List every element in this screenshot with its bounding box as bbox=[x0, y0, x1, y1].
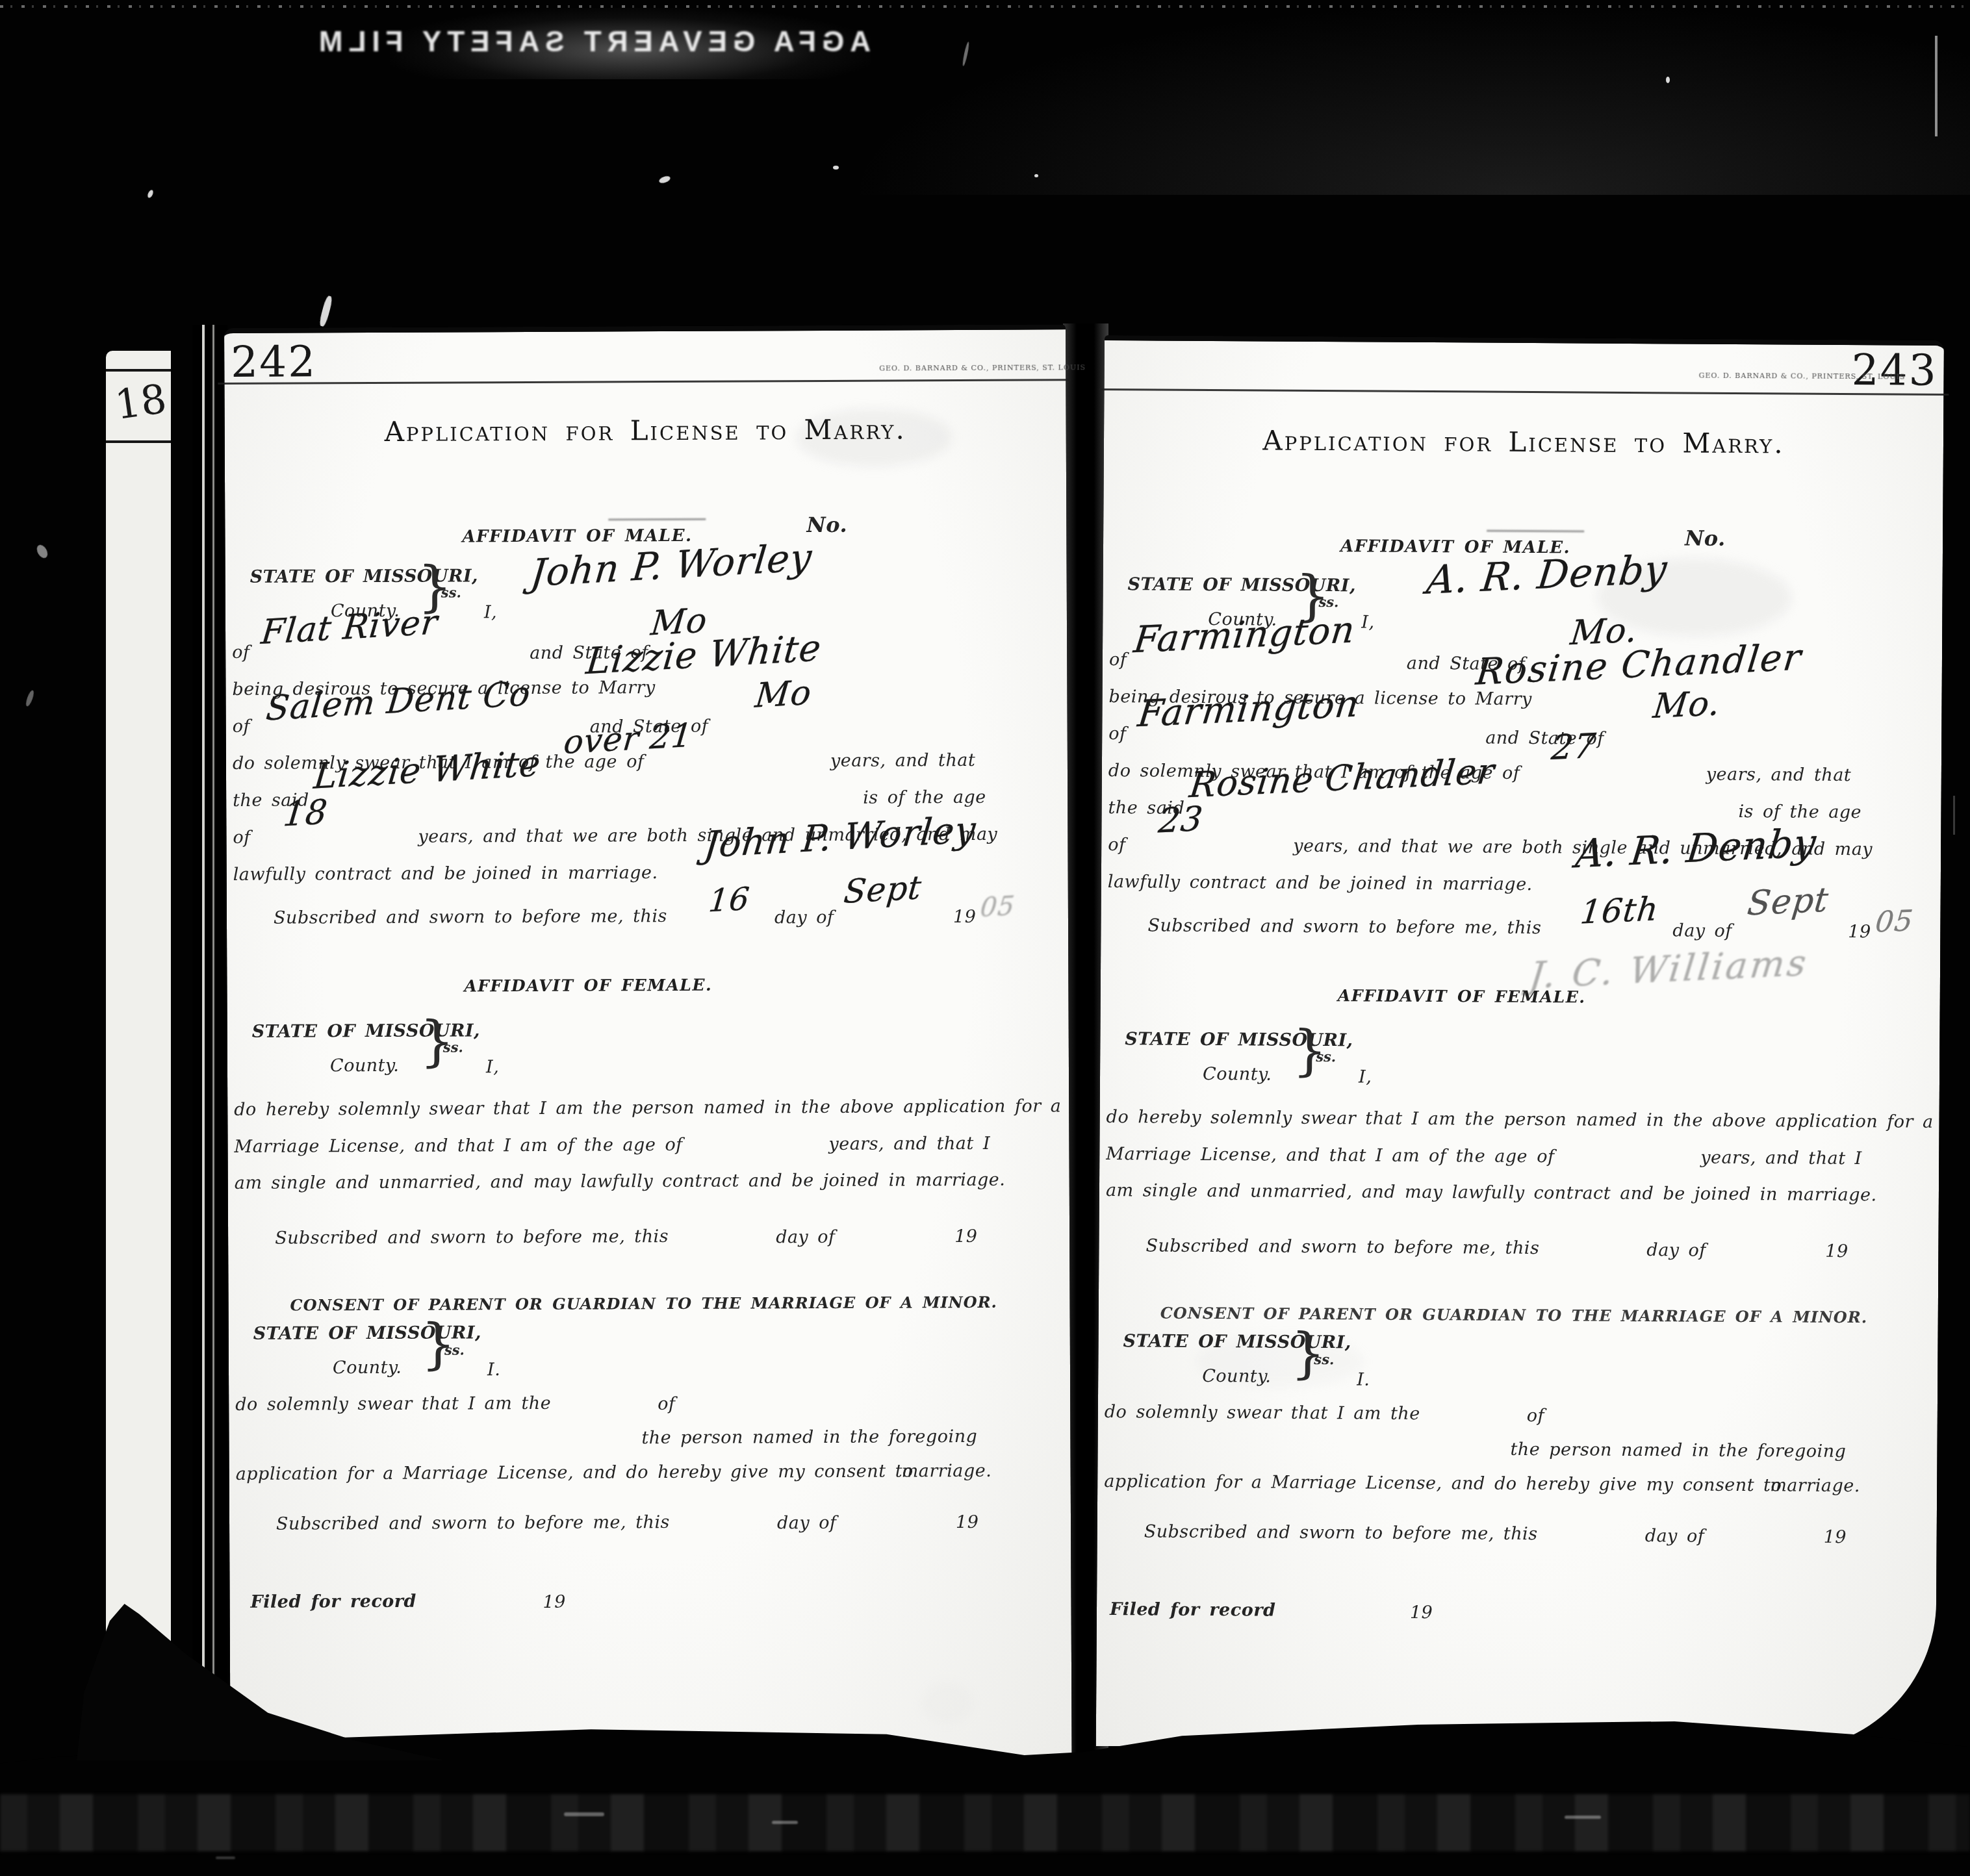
female-single-line: am single and unmarried, and may lawfull… bbox=[235, 1170, 1006, 1193]
ss-label: ss. bbox=[444, 1341, 465, 1358]
sworn-year-handwritten: 05 bbox=[1874, 904, 1915, 939]
number-label: No. bbox=[1685, 526, 1726, 550]
form-title: Application for License to Marry. bbox=[225, 412, 1066, 448]
ss-label: ss. bbox=[443, 1039, 463, 1055]
page-242: 242 GEO. D. BARNARD & CO., PRINTERS, ST.… bbox=[224, 324, 1072, 1759]
affidavit-of-female-heading: AFFIDAVIT OF FEMALE. bbox=[464, 976, 712, 996]
consent-swear-line: do solemnly swear that I am the bbox=[1105, 1402, 1420, 1424]
year-prefix-label: 19 bbox=[956, 1512, 979, 1532]
bride-name-repeat-handwritten: Rosine Chandler bbox=[1188, 750, 1497, 805]
lawfully-line: lawfully contract and be joined in marri… bbox=[233, 863, 658, 885]
i-label: I. bbox=[487, 1360, 500, 1380]
year-prefix-label: 19 bbox=[1410, 1603, 1433, 1623]
bride-state-handwritten: Mo bbox=[753, 674, 813, 716]
marriage-label: marriage. bbox=[902, 1461, 992, 1482]
title-divider bbox=[608, 518, 706, 521]
groom-signature-handwritten: John P. Worley bbox=[702, 809, 978, 867]
day-of-label: day of bbox=[777, 1513, 837, 1533]
sworn-month-handwritten: Sept bbox=[1745, 880, 1830, 923]
film-speck bbox=[1666, 77, 1670, 83]
header-rule bbox=[218, 379, 1070, 385]
film-edge-texture bbox=[0, 1794, 1970, 1851]
page-rule bbox=[106, 369, 171, 372]
sworn-year-handwritten: 05 bbox=[979, 891, 1016, 923]
printer-mark: GEO. D. BARNARD & CO., PRINTERS, ST. LOU… bbox=[879, 363, 1086, 372]
of-label: of bbox=[232, 642, 249, 663]
years-and-that-label: years, and that bbox=[1706, 765, 1851, 785]
female-swear-line: do hereby solemnly swear that I am the p… bbox=[1107, 1107, 1934, 1132]
consent-swear-line: do solemnly swear that I am the bbox=[235, 1393, 551, 1415]
film-speck bbox=[564, 1812, 604, 1816]
years-and-that-label: years, and that bbox=[830, 750, 975, 771]
page-number: 243 bbox=[1851, 345, 1937, 396]
of-label: of bbox=[658, 1394, 675, 1414]
consent-application-line: application for a Marriage License, and … bbox=[236, 1461, 914, 1484]
i-label: I, bbox=[484, 602, 497, 622]
i-label: I, bbox=[1361, 612, 1374, 632]
female-swear-line: do hereby solemnly swear that I am the p… bbox=[234, 1096, 1061, 1120]
film-speck bbox=[216, 1857, 235, 1859]
year-prefix-label: 19 bbox=[543, 1592, 565, 1612]
page-number: 242 bbox=[231, 336, 316, 387]
ss-label: ss. bbox=[1314, 1351, 1334, 1367]
film-speck bbox=[833, 166, 839, 170]
sworn-day-handwritten: 16th bbox=[1578, 890, 1660, 932]
year-prefix-label: 19 bbox=[1825, 1241, 1848, 1261]
day-of-label: day of bbox=[776, 1227, 836, 1247]
of-label: of bbox=[233, 716, 250, 737]
film-speck bbox=[1034, 174, 1038, 177]
i-label: I. bbox=[1357, 1369, 1370, 1389]
sworn-month-handwritten: Sept bbox=[842, 868, 924, 911]
bride-name-repeat-handwritten: Lizzie White bbox=[312, 742, 543, 796]
county-label: County. bbox=[333, 1358, 402, 1378]
day-of-label: day of bbox=[1646, 1240, 1706, 1261]
year-prefix-label: 19 bbox=[953, 907, 976, 927]
filed-for-record-label: Filed for record bbox=[250, 1591, 416, 1612]
ss-label: ss. bbox=[441, 584, 461, 600]
years-and-that-i-label: years, and that I bbox=[1700, 1148, 1862, 1169]
film-smudge bbox=[921, 1682, 973, 1724]
number-label: No. bbox=[806, 513, 847, 537]
sworn-day-handwritten: 16 bbox=[707, 881, 752, 920]
i-label: I, bbox=[1359, 1067, 1372, 1087]
groom-age-handwritten: 27 bbox=[1550, 727, 1598, 768]
of-label: of bbox=[1108, 835, 1125, 855]
day-of-label: day of bbox=[1645, 1526, 1705, 1547]
person-named-line: the person named in the foregoing bbox=[641, 1426, 977, 1448]
ss-label: ss. bbox=[1316, 1048, 1336, 1065]
female-age-line: Marriage License, and that I am of the a… bbox=[234, 1135, 682, 1157]
film-speck bbox=[34, 543, 49, 560]
year-prefix-label: 19 bbox=[1848, 922, 1871, 942]
header-rule bbox=[1099, 388, 1949, 396]
day-of-label: day of bbox=[774, 907, 834, 928]
page-243: 243 GEO. D. BARNARD & CO., PRINTERS, ST.… bbox=[1096, 335, 1944, 1751]
groom-age-handwritten: over 21 bbox=[562, 716, 695, 761]
lawfully-line: lawfully contract and be joined in marri… bbox=[1108, 872, 1533, 894]
film-speck bbox=[147, 189, 155, 199]
previous-page-number: 18 bbox=[112, 375, 169, 429]
binding-edge-left bbox=[192, 325, 227, 1757]
bride-state-handwritten: Mo. bbox=[1651, 684, 1722, 726]
subscribed-line: Subscribed and sworn to before me, this bbox=[276, 1512, 670, 1534]
county-label: County. bbox=[330, 1056, 399, 1076]
day-of-label: day of bbox=[1672, 920, 1732, 941]
bride-name-handwritten: Rosine Chandler bbox=[1474, 636, 1804, 694]
previous-page-edge: 18 bbox=[106, 351, 171, 1747]
groom-residence-handwritten: Flat River bbox=[259, 603, 440, 652]
subscribed-line: Subscribed and sworn to before me, this bbox=[1145, 1236, 1539, 1258]
filed-for-record-label: Filed for record bbox=[1110, 1599, 1276, 1621]
film-speck bbox=[318, 295, 333, 327]
county-label: County. bbox=[1202, 1366, 1271, 1387]
ss-label: ss. bbox=[1318, 594, 1338, 610]
groom-residence-handwritten: Farmington bbox=[1132, 609, 1357, 661]
years-and-that-i-label: years, and that I bbox=[828, 1134, 990, 1154]
affidavit-of-female-heading: AFFIDAVIT OF FEMALE. bbox=[1338, 986, 1586, 1006]
subscribed-line: Subscribed and sworn to before me, this bbox=[274, 906, 667, 928]
female-single-line: am single and unmarried, and may lawfull… bbox=[1106, 1180, 1877, 1205]
of-label: of bbox=[233, 828, 250, 848]
county-label: County. bbox=[1203, 1064, 1272, 1085]
consent-heading: CONSENT OF PARENT OR GUARDIAN TO THE MAR… bbox=[290, 1293, 875, 1315]
film-fog bbox=[845, 0, 1970, 195]
film-speck bbox=[1565, 1816, 1601, 1819]
female-age-line: Marriage License, and that I am of the a… bbox=[1106, 1144, 1554, 1167]
subscribed-line: Subscribed and sworn to before me, this bbox=[1147, 915, 1541, 938]
is-of-the-age-label: is of the age bbox=[1738, 802, 1861, 822]
of-label: of bbox=[1109, 650, 1127, 670]
is-of-the-age-label: is of the age bbox=[863, 787, 986, 808]
film-brand-halo: AGFA GEVAERT SAFETY FILM bbox=[390, 8, 871, 79]
microfilm-scan: AGFA GEVAERT SAFETY FILM 18 242 GEO. D. … bbox=[0, 0, 1970, 1876]
film-speck bbox=[25, 689, 35, 707]
title-divider bbox=[1487, 530, 1584, 533]
printer-mark: GEO. D. BARNARD & CO., PRINTERS, ST. LOU… bbox=[1699, 372, 1906, 381]
marriage-label: marriage. bbox=[1770, 1475, 1860, 1496]
page-rule bbox=[106, 440, 171, 443]
consent-heading: CONSENT OF PARENT OR GUARDIAN TO THE MAR… bbox=[1160, 1304, 1745, 1326]
form-title: Application for License to Marry. bbox=[1104, 424, 1943, 461]
subscribed-line: Subscribed and sworn to before me, this bbox=[1144, 1521, 1538, 1544]
film-brand-label: AGFA GEVAERT SAFETY FILM bbox=[390, 26, 871, 58]
of-label: of bbox=[1108, 724, 1126, 744]
subscribed-line: Subscribed and sworn to before me, this bbox=[275, 1226, 669, 1249]
film-speck bbox=[772, 1821, 798, 1824]
groom-signature-handwritten: A. R. Denby bbox=[1573, 820, 1819, 878]
film-speck bbox=[658, 175, 671, 184]
person-named-line: the person named in the foregoing bbox=[1510, 1439, 1846, 1462]
film-scratch bbox=[1935, 36, 1938, 136]
of-label: of bbox=[1527, 1406, 1544, 1426]
year-prefix-label: 19 bbox=[1824, 1527, 1847, 1547]
i-label: I, bbox=[486, 1057, 499, 1077]
consent-application-line: application for a Marriage License, and … bbox=[1104, 1471, 1782, 1495]
bride-age-handwritten: 18 bbox=[281, 792, 329, 834]
film-scratch bbox=[1953, 796, 1955, 835]
year-prefix-label: 19 bbox=[954, 1226, 977, 1247]
bride-age-handwritten: 23 bbox=[1157, 800, 1205, 841]
